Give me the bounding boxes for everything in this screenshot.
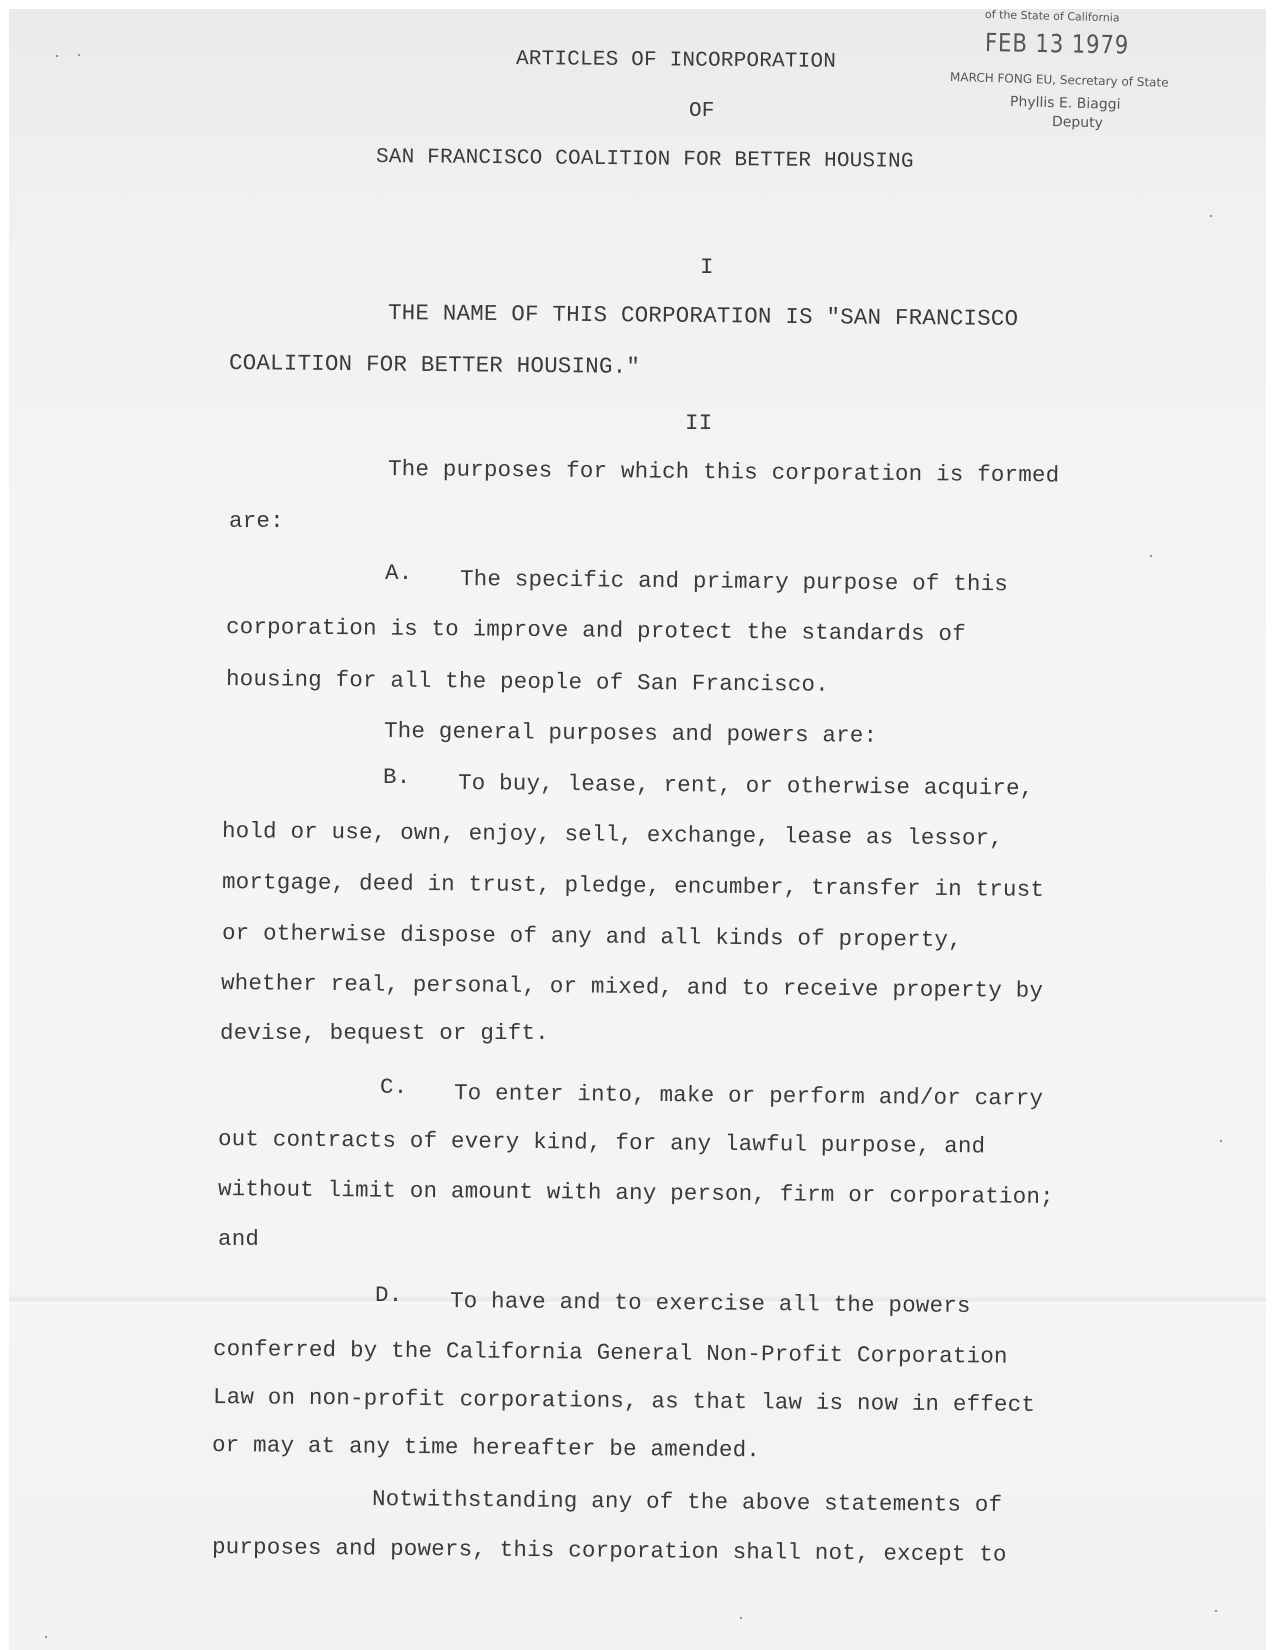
stamp-deputy-name: Phyllis E. Biaggi	[1010, 94, 1121, 113]
paper-speck	[56, 55, 58, 57]
clause-b-line: devise, bequest or gift.	[220, 1020, 549, 1046]
stamp-date: FEB 13 1979	[985, 28, 1130, 60]
clause-b-line: To buy, lease, rent, or otherwise acquir…	[458, 770, 1034, 802]
organization-name: SAN FRANCISCO COALITION FOR BETTER HOUSI…	[376, 146, 914, 174]
article-1-numeral: I	[700, 254, 714, 280]
paper-speck	[1215, 1610, 1217, 1612]
clause-d-line: To have and to exercise all the powers	[450, 1288, 971, 1319]
clause-d-label: D.	[375, 1282, 402, 1308]
paper-speck	[45, 1636, 47, 1638]
clause-c-label: C.	[380, 1074, 407, 1100]
article-1-line: COALITION FOR BETTER HOUSING."	[229, 350, 640, 380]
paper-speck	[78, 54, 80, 56]
general-purposes-intro: The general purposes and powers are:	[384, 718, 878, 749]
title-of: OF	[689, 100, 715, 123]
paper-speck	[1220, 1140, 1222, 1142]
stamp-deputy-title: Deputy	[1052, 114, 1103, 131]
paper-speck	[1210, 215, 1212, 217]
document-title: ARTICLES OF INCORPORATION	[516, 48, 836, 74]
clause-c-line: and	[218, 1226, 259, 1252]
article-2-numeral: II	[685, 410, 712, 436]
clause-d-line: or may at any time hereafter be amended.	[212, 1432, 760, 1463]
article-2-intro: are:	[229, 508, 284, 534]
paper-speck	[1150, 555, 1152, 557]
clause-a-line: The specific and primary purpose of this	[460, 566, 1008, 597]
clause-b-label: B.	[383, 764, 410, 790]
clause-a-label: A.	[385, 560, 412, 586]
paper-speck	[740, 1617, 742, 1619]
